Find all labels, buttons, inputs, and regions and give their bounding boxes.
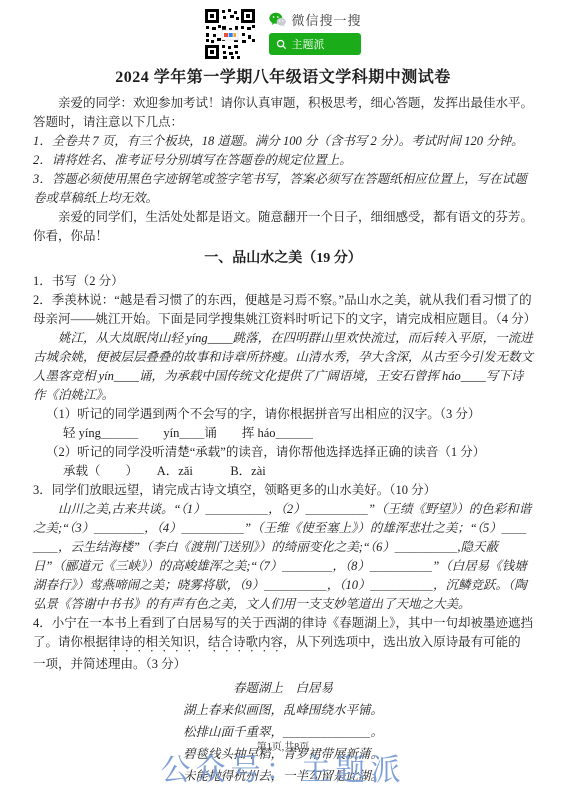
qr-code: [204, 8, 256, 60]
question-1: 1．书写（2 分）: [33, 272, 533, 291]
section-1-heading: 一、品山水之美（19 分）: [33, 246, 533, 272]
question-2: 2．季羡林说：“越是看习惯了的东西，便越是习焉不察。”品山水之美，就从我们看习惯…: [33, 291, 533, 329]
exam-note-1: 1．全卷共 7 页，有三个板块，18 道题。满分 100 分（含书写 2 分）。…: [33, 132, 533, 151]
exam-intro: 亲爱的同学：欢迎参加考试！请你认真审题，积极思考，细心答题，发挥出最佳水平。答题…: [33, 94, 533, 132]
poem-title: 春题湖上 白居易: [33, 677, 533, 699]
wechat-search-label: 微信搜一搜: [291, 10, 361, 29]
question-2-sub-2: （2）听记的同学没听清楚“承载”的读音，请你帮他选择选择正确的读音（1 分）: [33, 443, 533, 462]
poem-line-2: 松排山面千重翠，＿＿＿＿＿＿＿。: [33, 721, 533, 743]
exam-document: 2024 学年第一学期八年级语文学科期中测试卷 亲爱的同学：欢迎参加考试！请你认…: [0, 62, 566, 787]
question-4: 4．小宁在一本书上看到了白居易写的关于西湖的律诗《春题湖上》，其中一句却被墨迹遮…: [33, 614, 533, 674]
exam-note-2: 2．请将姓名、准考证号分别填写在答题卷的规定位置上。: [33, 151, 533, 170]
page-number-info: 第1页,共8页: [0, 742, 566, 754]
question-2-passage: 姚江，从大岚眠岗山轻 yíng____跳落，在四明群山里欢快流过，而后转入平原，…: [33, 329, 533, 405]
wechat-promo-banner: 微信搜一搜 主题派: [0, 0, 566, 62]
wechat-search-block: 微信搜一搜 主题派: [269, 8, 361, 55]
exam-note-3: 3．答题必须使用黑色字迹钢笔或签字笔书写，答案必须写在答题纸相应位置上，写在试题…: [33, 170, 533, 208]
question-3-body: 山川之美,古来共谈。“（1）＿＿＿＿＿，（2）＿＿＿＿＿”（王绩《野望》）的色彩…: [33, 500, 533, 614]
question-3: 3．同学们放眼远望，请完成古诗文填空，领略更多的山水美好。（10 分）: [33, 481, 533, 500]
question-2-sub-1-blanks: 轻 yíng＿＿＿ yín＿＿诵 挥 háo＿＿＿: [33, 424, 533, 443]
search-button[interactable]: 主题派: [269, 33, 361, 55]
question-4-text-2: ，: [196, 635, 209, 649]
wechat-search-row: 微信搜一搜: [269, 10, 361, 29]
poem-line-1: 湖上春来似画图，乱峰围绕水平铺。: [33, 699, 533, 721]
exam-paper-page: 微信搜一搜 主题派 2024 学年第一学期八年级语文学科期中测试卷 亲爱的同学：…: [0, 0, 566, 800]
exam-greeting: 亲爱的同学们，生活处处都是语文。随意翻开一个日子，细细感受，都有语文的芬芳。你看…: [33, 208, 533, 246]
wechat-logo-icon: [269, 12, 286, 27]
watermark-text: 公众号：主题派: [0, 754, 566, 788]
question-4-emphasis-2: 结合诗歌内容: [208, 635, 283, 649]
exam-title: 2024 学年第一学期八年级语文学科期中测试卷: [33, 66, 533, 90]
question-2-sub-1: （1）听记的同学遇到两个不会写的字，请你根据拼音写出相应的汉字。（3 分）: [33, 405, 533, 424]
search-button-label: 主题派: [291, 36, 324, 52]
search-icon: [276, 39, 287, 50]
question-2-sub-2-options: 承载（ ） A．zǎi B．zài: [33, 462, 533, 481]
question-4-emphasis-1: 律诗的相关知识: [108, 635, 196, 649]
